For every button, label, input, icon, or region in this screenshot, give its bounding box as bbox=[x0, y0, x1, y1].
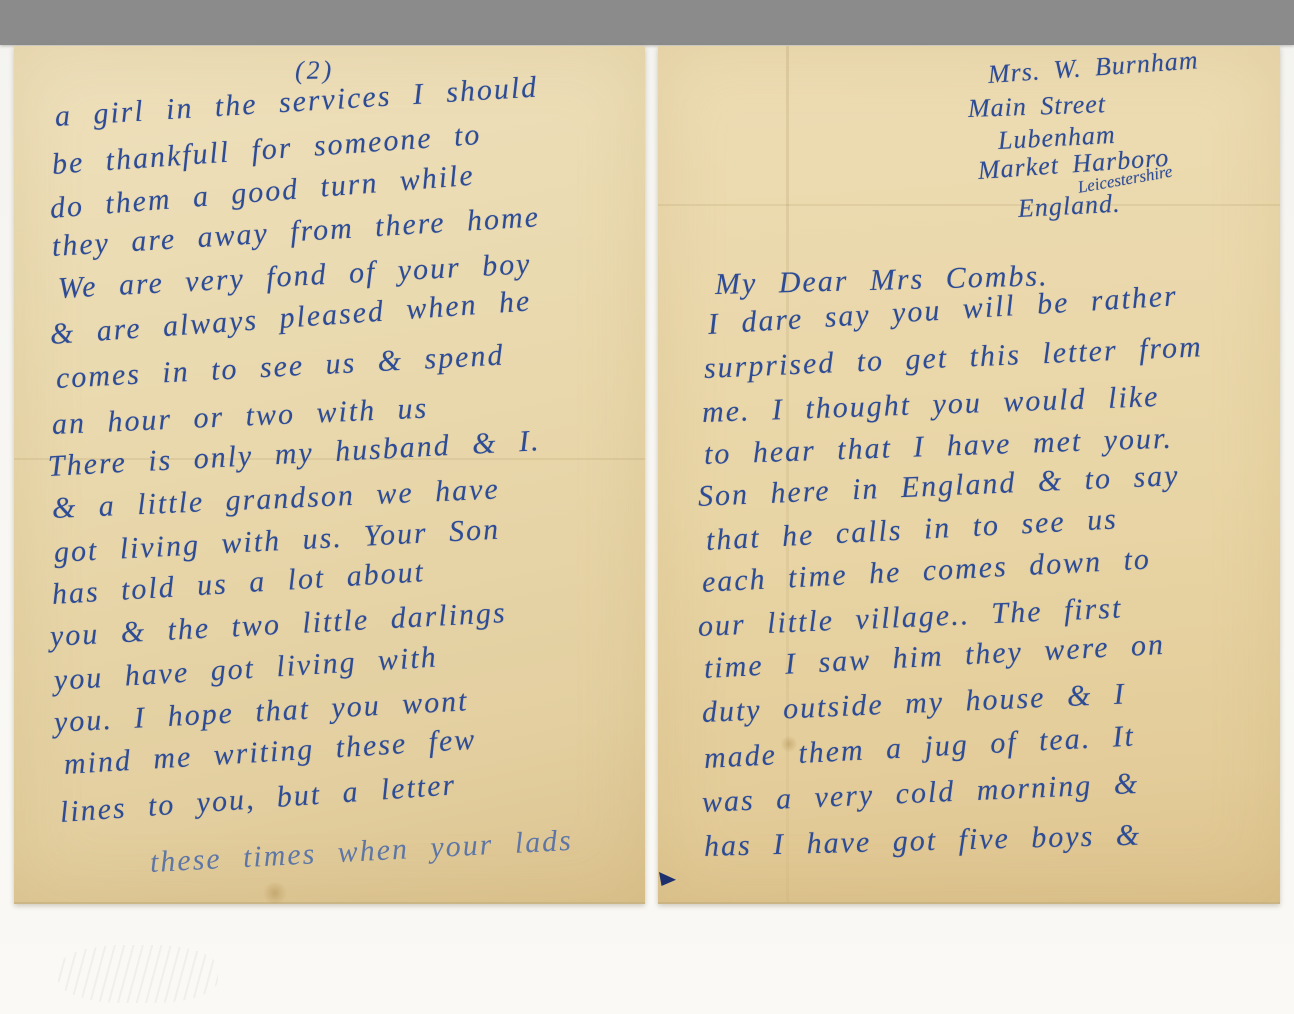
letter-page-1: Mrs. W. Burnham Main Street Lubenham Mar… bbox=[658, 46, 1280, 904]
paper-stain bbox=[262, 882, 288, 904]
handwritten-line: comes in to see us & spend bbox=[55, 339, 505, 396]
handwritten-line: has I have got five boys & bbox=[704, 819, 1142, 864]
address-line: England. bbox=[1017, 189, 1121, 224]
fold-crease bbox=[786, 46, 789, 902]
handwritten-line: surprised to get this letter from bbox=[703, 330, 1203, 386]
faint-pencil-marks bbox=[58, 945, 218, 1003]
handwritten-line: these times when your lads bbox=[149, 824, 573, 880]
handwritten-line: made them a jug of tea. It bbox=[703, 719, 1136, 776]
address-line: Main Street bbox=[967, 89, 1106, 124]
page-number: (2) bbox=[295, 55, 335, 86]
address-line: Mrs. W. Burnham bbox=[987, 45, 1200, 90]
top-gray-bar bbox=[0, 0, 1294, 45]
letter-page-2: (2) a girl in the services I should be t… bbox=[14, 46, 645, 904]
handwritten-line: me. I thought you would like bbox=[701, 380, 1160, 430]
handwritten-line: duty outside my house & I bbox=[701, 678, 1126, 730]
ink-blot bbox=[659, 872, 676, 886]
letter-scan: (2) a girl in the services I should be t… bbox=[0, 0, 1294, 1014]
handwritten-line: was a very cold morning & bbox=[701, 767, 1140, 820]
fold-crease bbox=[658, 204, 1280, 206]
